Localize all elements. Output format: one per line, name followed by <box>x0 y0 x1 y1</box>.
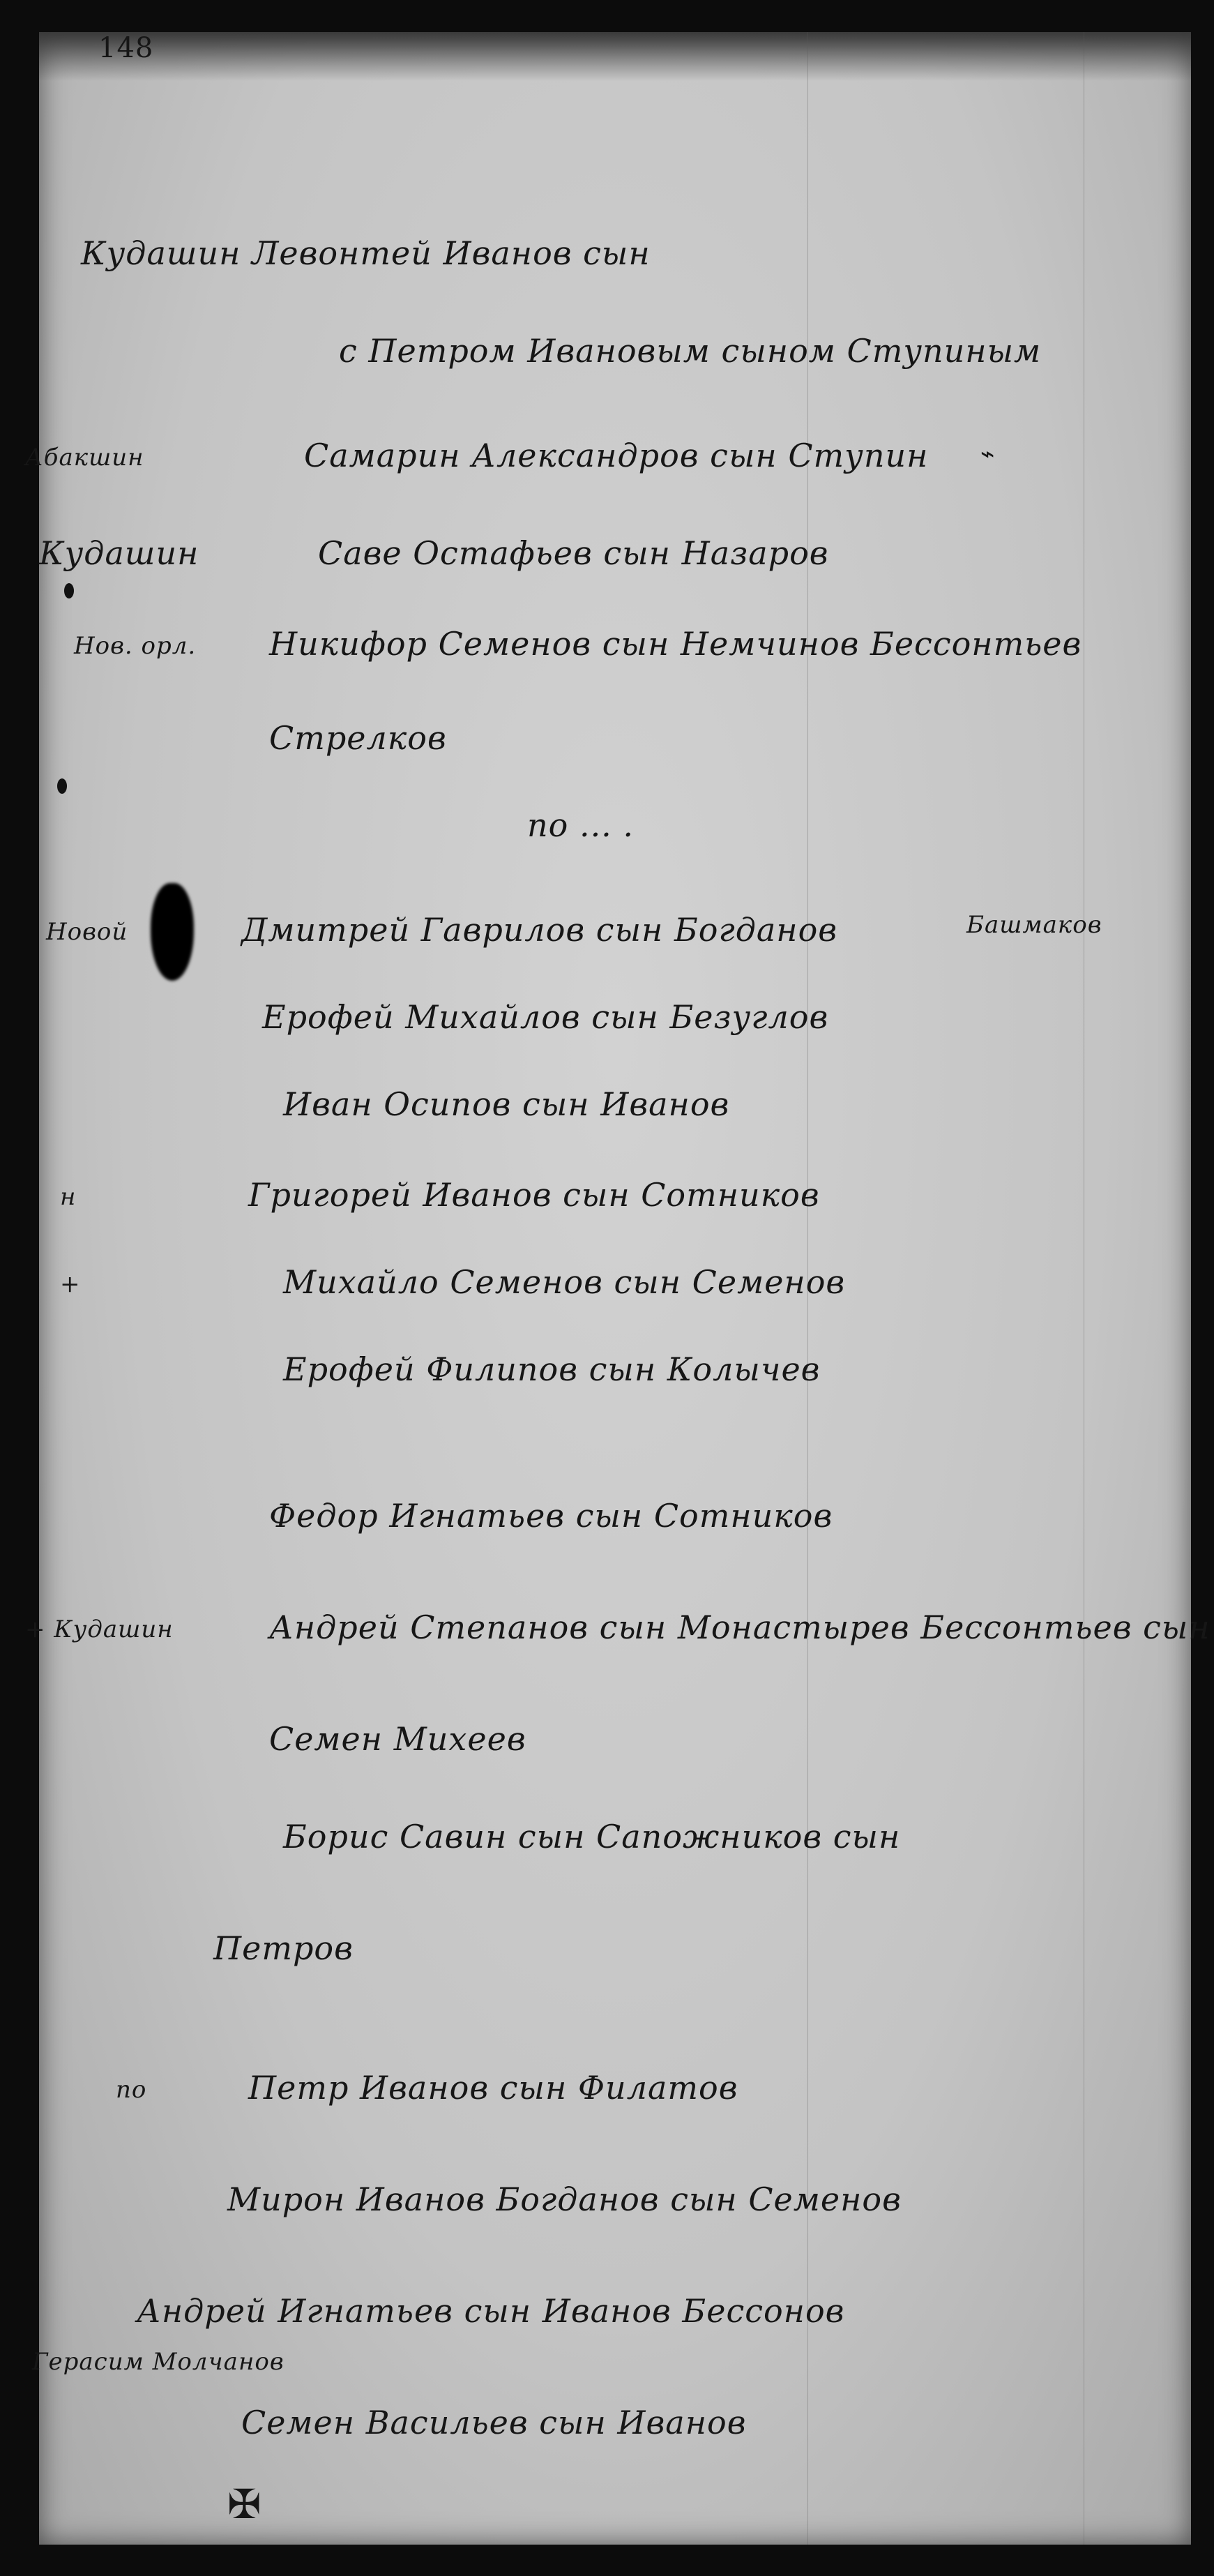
margin-note: Абакшин <box>25 444 144 472</box>
entry-line: Семен Васильев сын Иванов <box>241 2404 747 2441</box>
ink-dot <box>64 583 74 598</box>
bottom-flourish: ✠ <box>227 2480 262 2528</box>
entry-line: Федор Игнатьев сын Сотников <box>269 1497 833 1535</box>
entry-line: Кудашин Левонтей Иванов сын <box>81 234 651 272</box>
entry-line: Семен Михеев <box>269 1720 526 1758</box>
entry-line: Григорей Иванов сын Сотников <box>248 1176 820 1214</box>
entry-line: Борис Савин сын Сапожников сын <box>283 1818 900 1855</box>
entry-line: Андрей Игнатьев сын Иванов Бессонов <box>137 2292 844 2330</box>
margin-note: + <box>60 1270 81 1298</box>
entry-line: Иван Осипов сын Иванов <box>283 1085 729 1123</box>
entry-line: с Петром Ивановым сыном Ступиным <box>339 332 1041 370</box>
margin-note: + Кудашин <box>25 1615 174 1643</box>
entry-line-continuation: Стрелков <box>269 719 447 757</box>
entry-line: Михайло Семенов сын Семенов <box>283 1263 845 1301</box>
entry-line: Ерофей Михайлов сын Безуглов <box>262 998 828 1036</box>
margin-note: н <box>60 1183 76 1211</box>
page-number: 148 <box>98 32 153 64</box>
entry-line: Петр Иванов сын Филатов <box>248 2069 738 2107</box>
margin-note: Новой <box>46 918 128 946</box>
entry-line: Андрей Степанов сын Монастырев Бессонтье… <box>269 1609 1211 1646</box>
ruling-line <box>1084 32 1084 2545</box>
entry-line: Дмитрей Гаврилов сын Богданов <box>241 911 837 949</box>
ink-dot <box>57 778 67 794</box>
entry-line: Мирон Иванов Богданов сын Семенов <box>227 2180 902 2218</box>
margin-note: по <box>116 2076 146 2104</box>
entry-line: Саве Остафьев сын Назаров <box>318 534 829 572</box>
entry-line: Никифор Семенов сын Немчинов Бессонтьев <box>269 625 1082 663</box>
ink-blot <box>151 883 194 981</box>
section-heading: по ... . <box>527 806 634 844</box>
manuscript-page: 148 Кудашин Левонтей Иванов сын с Петром… <box>39 32 1191 2545</box>
margin-note: Нов. орл. <box>74 632 196 660</box>
marginal-sign: ⌁ <box>980 440 995 468</box>
trailing-note: Башмаков <box>966 911 1102 939</box>
entry-line: Ерофей Филипов сын Колычев <box>283 1350 820 1388</box>
entry-line: Петров <box>213 1929 354 1967</box>
entry-line: Самарин Александров сын Ступин <box>304 437 928 474</box>
entry-line-margin: Кудашин <box>39 534 199 572</box>
margin-note: Герасим Молчанов <box>32 2348 284 2376</box>
